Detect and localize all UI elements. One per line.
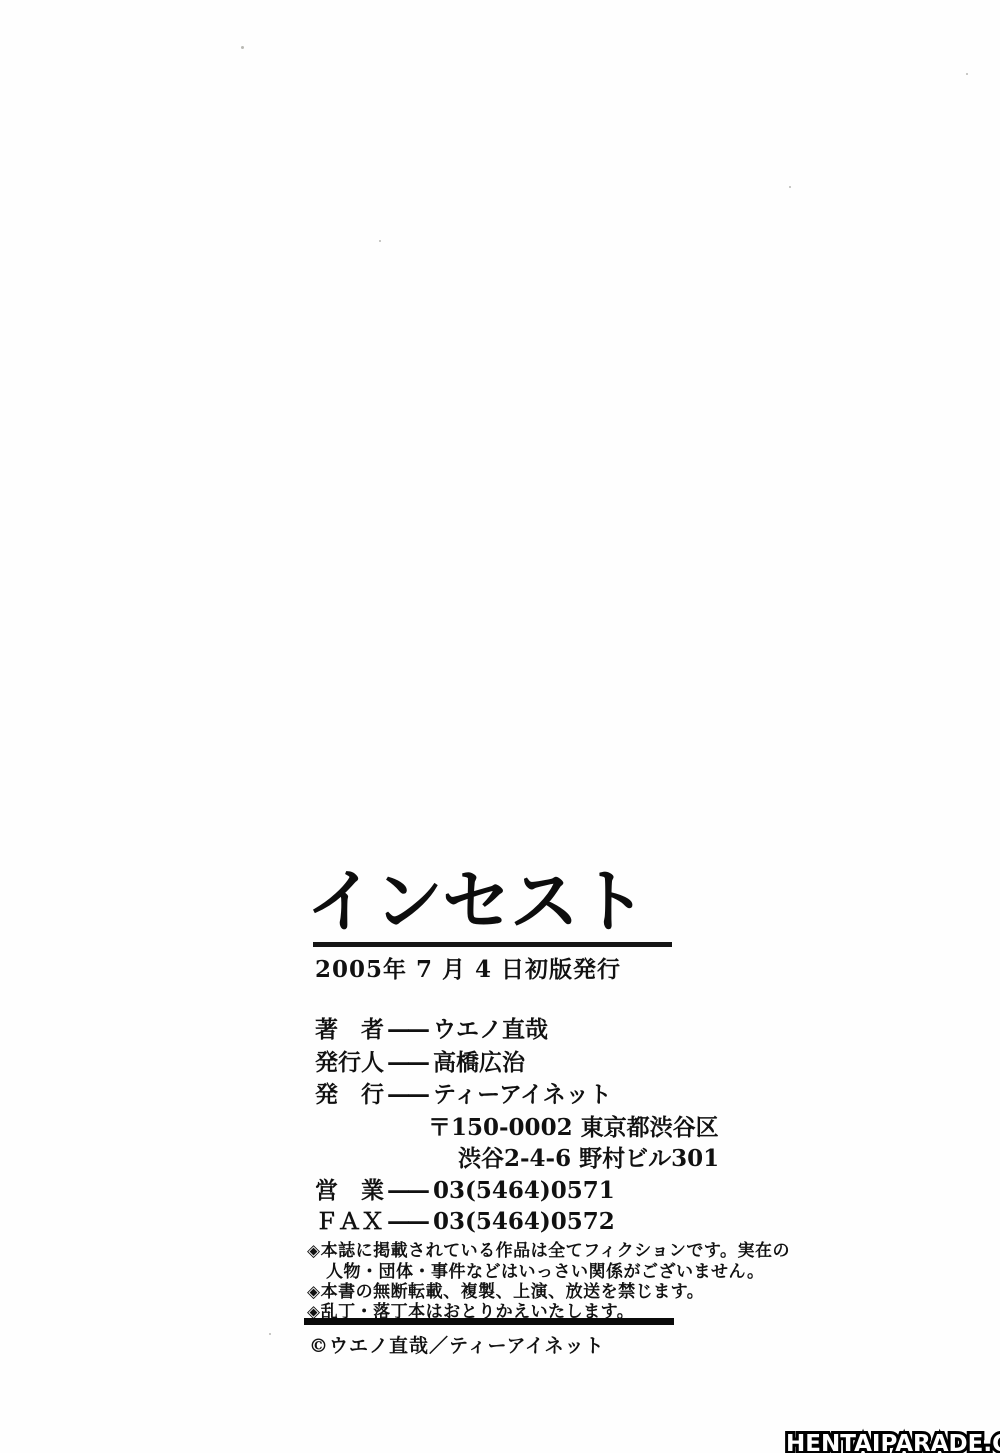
scan-speck bbox=[269, 1333, 271, 1335]
page-title: インセスト bbox=[306, 846, 646, 945]
row-separator: —— bbox=[387, 1208, 427, 1235]
colophon-page: インセスト 2005年 7 月 4 日初版発行 著 者——ウエノ直哉 発行人——… bbox=[0, 0, 1000, 1453]
row-separator: —— bbox=[387, 1081, 427, 1108]
scan-speck bbox=[789, 186, 791, 188]
bottom-rule bbox=[304, 1318, 674, 1325]
scan-speck bbox=[241, 46, 244, 49]
row-label: 営 業 bbox=[315, 1172, 387, 1205]
colophon-row-sales-phone: 営 業——03(5464)0571 bbox=[315, 1172, 615, 1205]
row-label: 発行人 bbox=[315, 1044, 387, 1077]
row-label: 著 者 bbox=[315, 1011, 387, 1044]
row-separator: —— bbox=[387, 1016, 427, 1043]
row-separator: —— bbox=[387, 1049, 427, 1076]
row-value: 高橋広治 bbox=[433, 1044, 525, 1077]
copyright-line: ©ウエノ直哉／ティーアイネット bbox=[309, 1331, 605, 1358]
colophon-row-publisher: 発行人——高橋広治 bbox=[315, 1044, 525, 1077]
row-label: 発 行 bbox=[315, 1076, 387, 1109]
row-label: ＦＡＸ bbox=[315, 1203, 387, 1236]
row-value: 03(5464)0571 bbox=[433, 1177, 615, 1204]
edition-date: 2005年 7 月 4 日初版発行 bbox=[315, 951, 621, 984]
colophon-row-author: 著 者——ウエノ直哉 bbox=[315, 1011, 548, 1044]
colophon-row-issuer: 発 行——ティーアイネット bbox=[315, 1076, 612, 1109]
publisher-address-line1: 〒150-0002 東京都渋谷区 bbox=[428, 1109, 719, 1142]
row-separator: —— bbox=[387, 1177, 427, 1204]
row-value: ティーアイネット bbox=[433, 1076, 612, 1109]
colophon-row-fax: ＦＡＸ——03(5464)0572 bbox=[315, 1203, 615, 1236]
scan-speck bbox=[966, 73, 968, 75]
row-value: ウエノ直哉 bbox=[433, 1011, 548, 1044]
publisher-address-line2: 渋谷2-4-6 野村ビル301 bbox=[458, 1140, 719, 1173]
title-underline bbox=[313, 942, 672, 947]
scan-speck bbox=[379, 240, 381, 242]
site-watermark: HENTAIPARADE.COM bbox=[786, 1431, 1000, 1453]
row-value: 03(5464)0572 bbox=[433, 1208, 615, 1235]
